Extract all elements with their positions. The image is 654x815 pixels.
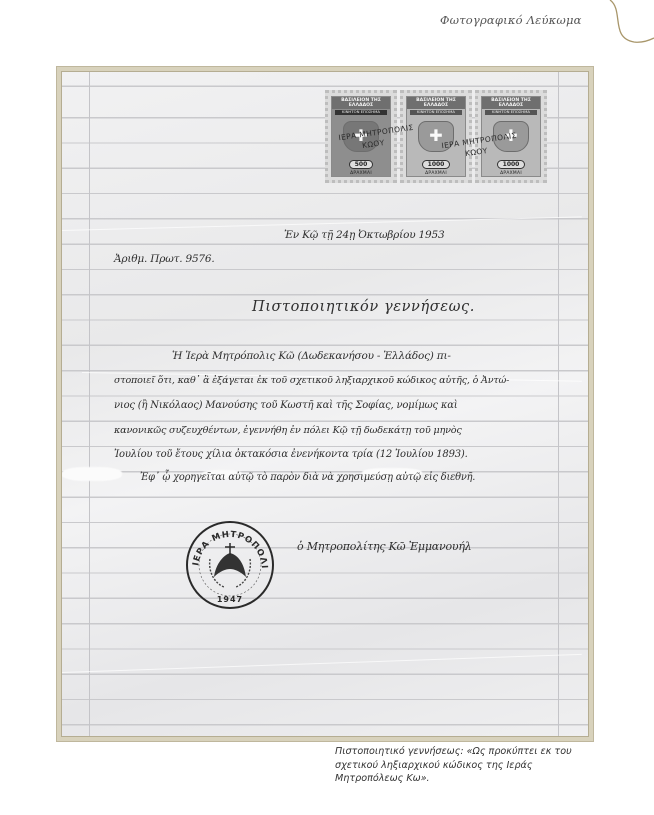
- paper-crease: [62, 654, 582, 673]
- date-line: Ἐν Κῷ τῇ 24ῃ Ὀκτωβρίου 1953: [284, 229, 444, 241]
- signature: ὁ Μητροπολίτης Κῶ Ἐμμανουήλ: [297, 540, 472, 553]
- body-line: Ἰουλίου τοῦ ἔτους χίλια ὀκτακόσια ἐνενήκ…: [114, 449, 468, 460]
- right-margin-line: [558, 72, 559, 736]
- stamp-currency: ΔΡΑΧΜΑΙ: [500, 171, 522, 176]
- stamp-subtitle: ΚΙΝΗΤΟΝ ΕΠΟΣΗΜΑ: [485, 110, 537, 115]
- stamp-subtitle: ΚΙΝΗΤΟΝ ΕΠΟΣΗΜΑ: [410, 110, 462, 115]
- document-title: Πιστοποιητικόν γεννήσεως.: [252, 299, 475, 315]
- svg-text:1947: 1947: [217, 595, 243, 604]
- metropolis-seal-icon: ΙΕΡΑ ΜΗΤΡΟΠΟΛΙΣ ΚΩΟΥ 1947: [184, 519, 276, 611]
- stamp-currency: ΔΡΑΧΜΑΙ: [350, 171, 372, 176]
- stamp-value: 1000: [497, 160, 526, 169]
- paper-tear: [62, 467, 122, 481]
- decorative-corner-curve: [590, 0, 654, 48]
- body-line: κανονικῶς συζευχθέντων, ἐγεννήθη ἐν πόλε…: [114, 425, 462, 436]
- body-line: Ἐφ᾽ ᾧ χορηγεῖται αὐτῷ τὸ παρὸν διὰ νὰ χρ…: [140, 472, 475, 483]
- lined-paper-document: ΒΑΣΙΛΕΙΟΝ ΤΗΣ ΕΛΛΑΔΟΣ ΚΙΝΗΤΟΝ ΕΠΟΣΗΜΑ ✚ …: [61, 71, 589, 737]
- stamp-title: ΒΑΣΙΛΕΙΟΝ ΤΗΣ ΕΛΛΑΔΟΣ: [407, 97, 465, 109]
- stamp-title: ΒΑΣΙΛΕΙΟΝ ΤΗΣ ΕΛΛΑΔΟΣ: [332, 97, 390, 109]
- page-header-title: Φωτογραφικό Λεύκωμα: [440, 13, 582, 27]
- stamp-title: ΒΑΣΙΛΕΙΟΝ ΤΗΣ ΕΛΛΑΔΟΣ: [482, 97, 540, 109]
- stamp-subtitle: ΚΙΝΗΤΟΝ ΕΠΟΣΗΜΑ: [335, 110, 387, 115]
- document-photo-frame: ΒΑΣΙΛΕΙΟΝ ΤΗΣ ΕΛΛΑΔΟΣ ΚΙΝΗΤΟΝ ΕΠΟΣΗΜΑ ✚ …: [56, 66, 594, 742]
- stamp-value: 500: [349, 160, 374, 169]
- body-line: στοποιεῖ ὅτι, καθ᾽ ἃ ἐξάγεται ἐκ τοῦ σχε…: [114, 375, 509, 386]
- body-line: Ἡ Ἱερὰ Μητρόπολις Κῶ (Δωδεκανήσου - Ἑλλά…: [172, 350, 451, 362]
- body-line: νιος (ἢ Νικόλαος) Μανούσης τοῦ Κωστῆ καὶ…: [114, 400, 457, 411]
- photo-caption: Πιστοποιητικό γεννήσεως: «Ως προκύπτει ε…: [335, 745, 595, 786]
- protocol-number: Ἀριθμ. Πρωτ. 9576.: [114, 253, 215, 265]
- stamp-currency: ΔΡΑΧΜΑΙ: [425, 171, 447, 176]
- left-margin-line: [89, 72, 90, 736]
